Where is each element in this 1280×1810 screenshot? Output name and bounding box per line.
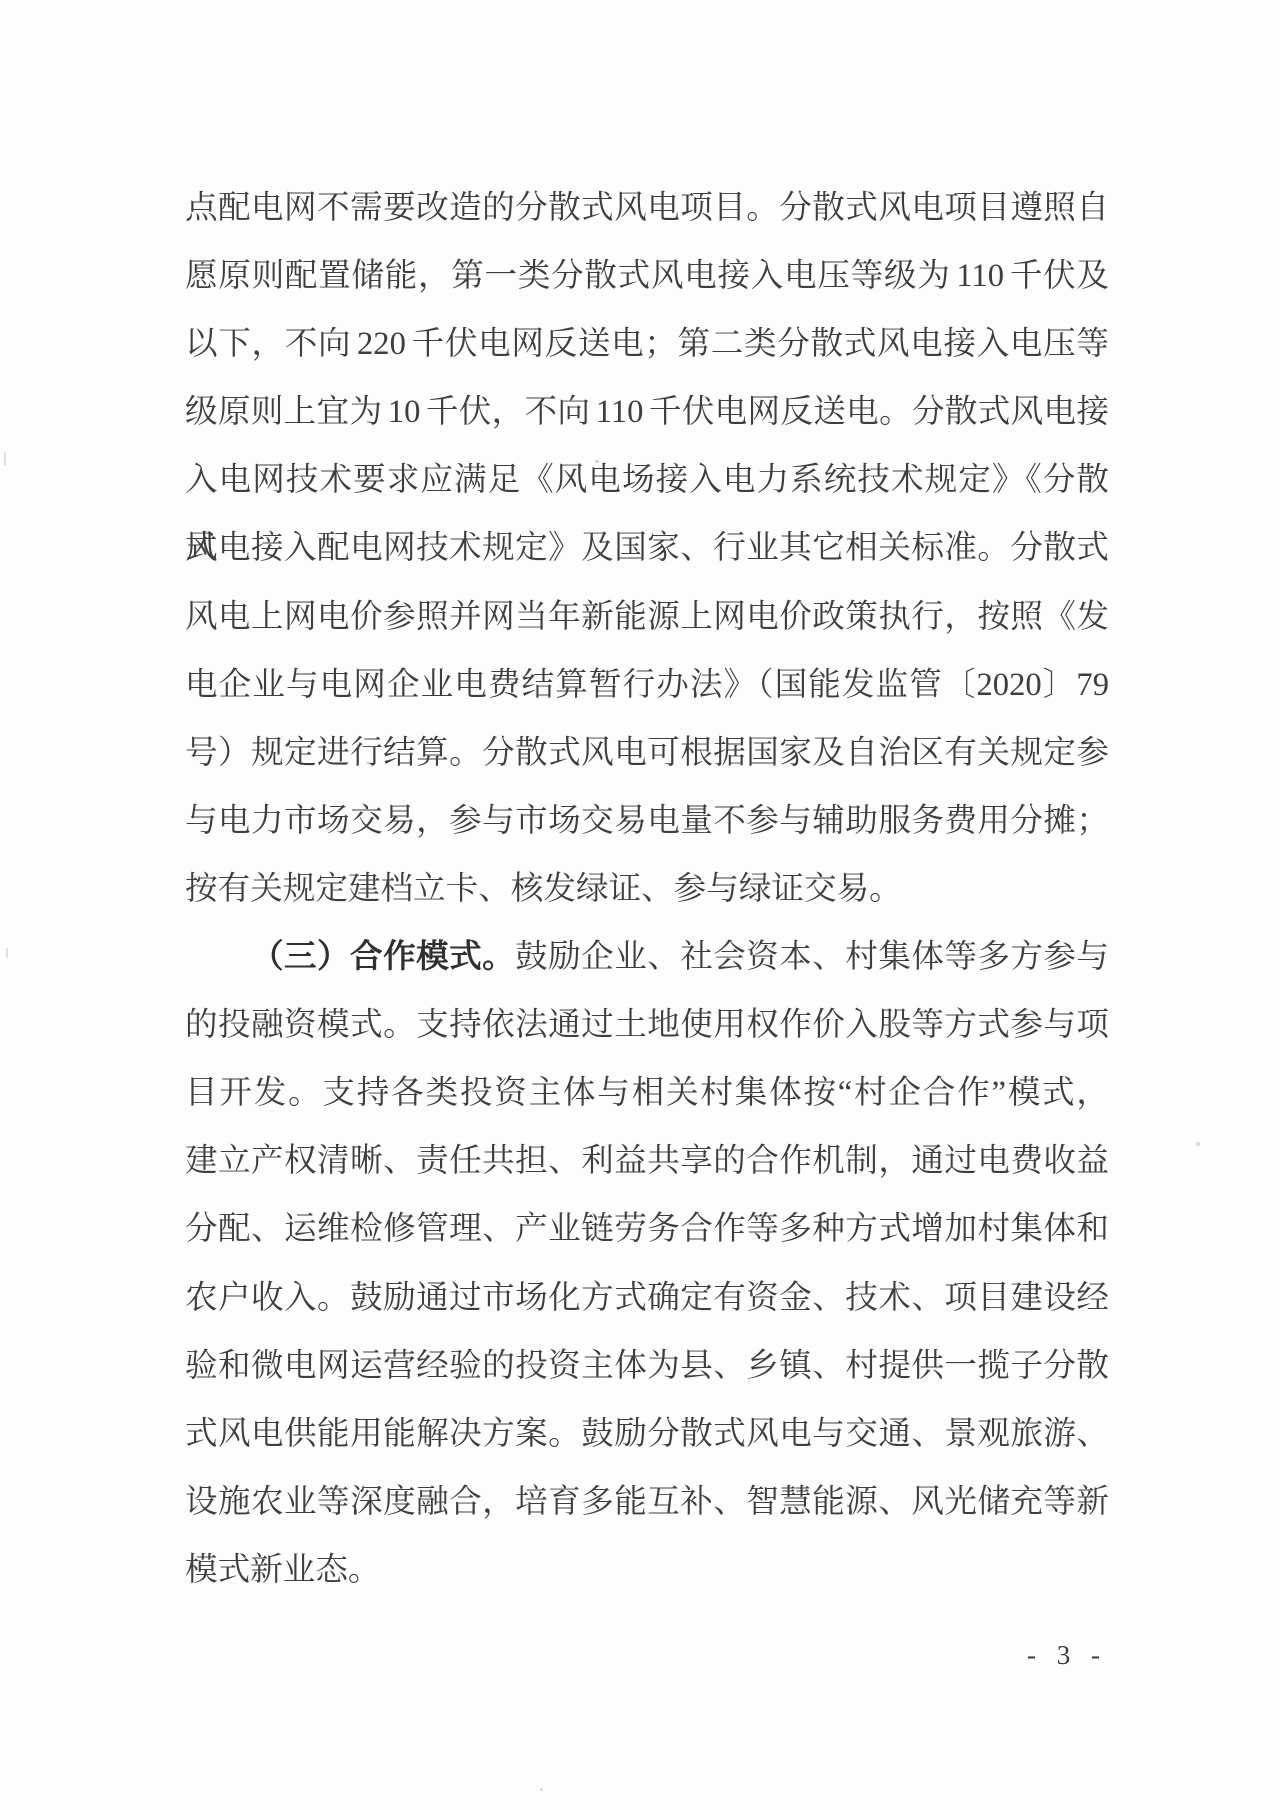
document-page: 点配电网不需要改造的分散式风电项目。分散式风电项目遵照自 愿原则配置储能，第一类… — [0, 0, 1280, 1810]
text-line: 建立产权清晰、责任共担、利益共享的合作机制，通过电费收益 — [185, 1127, 1109, 1195]
text-line: 按有关规定建档立卡、核发绿证、参与绿证交易。 — [185, 855, 1109, 923]
scan-speck — [4, 452, 6, 466]
text-line: 以下，不向 220 千伏电网反送电；第二类分散式风电接入电压等 — [185, 310, 1109, 378]
text-line: 设施农业等深度融合，培育多能互补、智慧能源、风光储充等新 — [185, 1468, 1109, 1536]
text-line: 农户收入。鼓励通过市场化方式确定有资金、技术、项目建设经 — [185, 1264, 1109, 1332]
text-line: 目开发。支持各类投资主体与相关村集体按“村企合作”模式， — [185, 1059, 1109, 1127]
scan-speck — [595, 460, 599, 463]
text-line: 点配电网不需要改造的分散式风电项目。分散式风电项目遵照自 — [185, 174, 1109, 242]
text-line: （三）合作模式。鼓励企业、社会资本、村集体等多方参与 — [185, 923, 1109, 991]
scan-speck — [540, 1788, 543, 1791]
text-line: 电企业与电网企业电费结算暂行办法》（国能发监管〔2020〕79 — [185, 651, 1109, 719]
text-line: 风电接入配电网技术规定》及国家、行业其它相关标准。分散式 — [185, 514, 1109, 582]
text-line: 的投融资模式。支持依法通过土地使用权作价入股等方式参与项 — [185, 991, 1109, 1059]
text-line: 级原则上宜为 10 千伏，不向 110 千伏电网反送电。分散式风电接 — [185, 378, 1109, 446]
scan-speck — [6, 948, 8, 958]
text-line: 号）规定进行结算。分散式风电可根据国家及自治区有关规定参 — [185, 719, 1109, 787]
text-line: 入电网技术要求应满足《风电场接入电力系统技术规定》《分散式 — [185, 446, 1109, 514]
text-line: 式风电供能用能解决方案。鼓励分散式风电与交通、景观旅游、 — [185, 1400, 1109, 1468]
text-line: 与电力市场交易，参与市场交易电量不参与辅助服务费用分摊； — [185, 787, 1109, 855]
section-heading: （三）合作模式。 — [251, 939, 515, 975]
text-line: 模式新业态。 — [185, 1536, 1109, 1604]
document-text: 点配电网不需要改造的分散式风电项目。分散式风电项目遵照自 愿原则配置储能，第一类… — [185, 174, 1109, 1604]
text-line: 风电上网电价参照并网当年新能源上网电价政策执行，按照《发 — [185, 583, 1109, 651]
text-line: 愿原则配置储能，第一类分散式风电接入电压等级为 110 千伏及 — [185, 242, 1109, 310]
text-run: 鼓励企业、社会资本、村集体等多方参与 — [515, 939, 1109, 975]
text-line: 验和微电网运营经验的投资主体为县、乡镇、村提供一揽子分散 — [185, 1332, 1109, 1400]
scan-speck — [1196, 1142, 1200, 1146]
text-line: 分配、运维检修管理、产业链劳务合作等多种方式增加村集体和 — [185, 1195, 1109, 1263]
page-number: - 3 - — [1027, 1640, 1107, 1671]
